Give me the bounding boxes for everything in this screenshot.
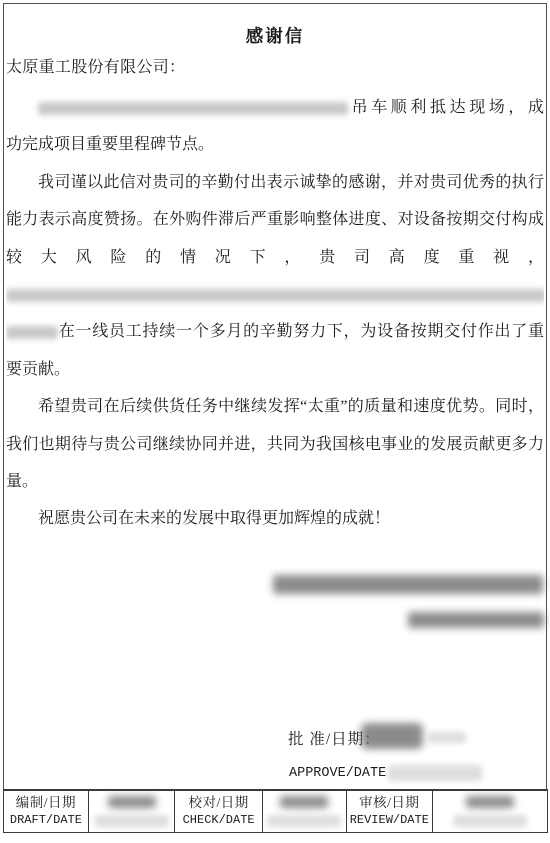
letter-line-text: 量。 (6, 473, 38, 490)
letter-line-text: 在一线员工持续一个多月的辛勤努力下，为设备按期交付作出了重 (58, 323, 544, 340)
letter-line: 量。 (6, 463, 544, 500)
letter-line: 在一线员工持续一个多月的辛勤努力下，为设备按期交付作出了重 (6, 313, 544, 350)
check-signature-cell (263, 791, 347, 832)
letter-line-text: 我司谨以此信对贵司的辛勤付出表示诚挚的感谢，并对贵司优秀的执行 (38, 174, 544, 191)
letter-line (6, 276, 544, 313)
signoff-table: 编制/日期 DRAFT/DATE 校对/日期 CHECK/DATE 审核/日期 … (3, 789, 548, 833)
draft-label-en: DRAFT/DATE (10, 812, 82, 829)
check-name-redacted (280, 796, 328, 808)
review-label-zh: 审核/日期 (359, 793, 419, 812)
letter-line: 希望贵司在后续供货任务中继续发挥“太重”的质量和速度优势。同时， (6, 388, 544, 425)
sender-name-redacted (273, 575, 543, 594)
letter-line-text: 祝愿贵公司在未来的发展中取得更加辉煌的成就！ (38, 510, 390, 527)
review-name-redacted (466, 796, 514, 808)
letter-page: 感谢信 太原重工股份有限公司： 吊车顺利抵达现场，成功完成项目重要里程碑节点。我… (3, 3, 547, 832)
approve-date-redacted (388, 765, 482, 781)
letter-line: 能力表示高度赞扬。在外购件滞后严重影响整体进度、对设备按期交付构成 (6, 201, 544, 238)
letter-line-text: 较大风险的情况下，贵司高度重视， (6, 249, 544, 266)
letter-line: 功完成项目重要里程碑节点。 (6, 126, 544, 163)
redacted-text (6, 326, 58, 339)
letter-line-text: 希望贵司在后续供货任务中继续发挥“太重”的质量和速度优势。同时， (38, 398, 544, 415)
letter-line: 我们也期待与贵公司继续协同并进，共同为我国核电事业的发展贡献更多力 (6, 426, 544, 463)
check-label-zh: 校对/日期 (188, 793, 248, 812)
check-label-cell: 校对/日期 CHECK/DATE (175, 791, 263, 832)
letter-line-text: 我们也期待与贵公司继续协同并进，共同为我国核电事业的发展贡献更多力 (6, 436, 544, 453)
letter-title: 感谢信 (4, 23, 546, 48)
letter-line: 我司谨以此信对贵司的辛勤付出表示诚挚的感谢，并对贵司优秀的执行 (6, 164, 544, 201)
letter-line: 要贡献。 (6, 351, 544, 388)
letter-line-text: 能力表示高度赞扬。在外购件滞后严重影响整体进度、对设备按期交付构成 (6, 211, 544, 228)
draft-date-redacted (95, 815, 169, 827)
check-date-redacted (267, 815, 341, 827)
approve-signature-redacted (361, 723, 423, 749)
letter-line-text: 吊车顺利抵达现场，成 (348, 99, 544, 116)
salutation: 太原重工股份有限公司： (6, 54, 185, 77)
approve-signature-extra-redacted (428, 732, 466, 743)
letter-line: 吊车顺利抵达现场，成 (6, 89, 544, 126)
letter-line: 较大风险的情况下，贵司高度重视， (6, 239, 544, 276)
approve-caption: APPROVE/DATE (289, 766, 386, 781)
review-label-cell: 审核/日期 REVIEW/DATE (347, 791, 433, 832)
draft-label-cell: 编制/日期 DRAFT/DATE (4, 791, 90, 832)
review-date-redacted (453, 815, 527, 827)
sender-date-redacted (408, 612, 544, 628)
draft-name-redacted (108, 796, 156, 808)
draft-signature-cell (89, 791, 175, 832)
review-signature-cell (433, 791, 547, 832)
letter-line-text: 功完成项目重要里程碑节点。 (6, 136, 214, 153)
letter-line-text: 要贡献。 (6, 361, 70, 378)
draft-label-zh: 编制/日期 (16, 793, 76, 812)
letter-body: 吊车顺利抵达现场，成功完成项目重要里程碑节点。我司谨以此信对贵司的辛勤付出表示诚… (6, 89, 544, 538)
redacted-text (6, 289, 544, 302)
letter-line: 祝愿贵公司在未来的发展中取得更加辉煌的成就！ (6, 500, 544, 537)
review-label-en: REVIEW/DATE (350, 812, 429, 829)
check-label-en: CHECK/DATE (183, 812, 255, 829)
redacted-text (38, 102, 348, 115)
